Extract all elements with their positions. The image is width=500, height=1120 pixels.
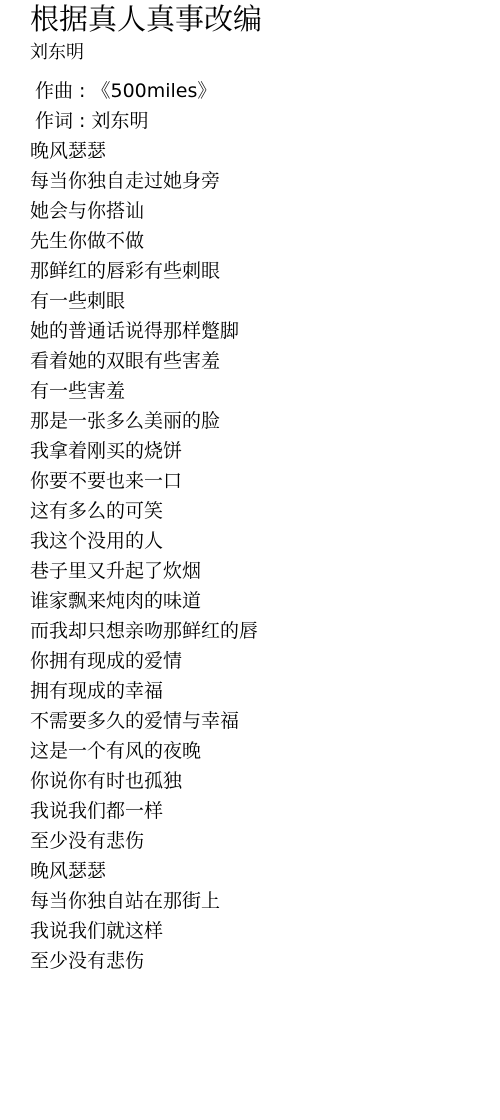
lyric-line: 晚风瑟瑟 [30,136,500,166]
lyric-line: 至少没有悲伤 [30,826,500,856]
lyric-line: 有一些刺眼 [30,286,500,316]
lyric-line: 我拿着刚买的烧饼 [30,436,500,466]
lyric-line: 那是一张多么美丽的脸 [30,406,500,436]
credit-composer: 作曲 : 《500miles》 [30,76,500,106]
lyric-line: 我这个没用的人 [30,526,500,556]
lyric-line: 每当你独自站在那街上 [30,886,500,916]
song-title: 根据真人真事改编 [30,0,500,38]
lyric-line: 不需要多久的爱情与幸福 [30,706,500,736]
lyric-line: 我说我们就这样 [30,916,500,946]
artist-name: 刘东明 [30,40,500,66]
lyric-line: 你拥有现成的爱情 [30,646,500,676]
lyric-line: 那鲜红的唇彩有些刺眼 [30,256,500,286]
lyric-line: 每当你独自走过她身旁 [30,166,500,196]
lyric-line: 先生你做不做 [30,226,500,256]
lyric-line: 有一些害羞 [30,376,500,406]
lyric-line: 看着她的双眼有些害羞 [30,346,500,376]
credit-lyricist: 作词 : 刘东明 [30,106,500,136]
lyric-line: 她的普通话说得那样蹩脚 [30,316,500,346]
lyric-line: 拥有现成的幸福 [30,676,500,706]
lyric-line: 这是一个有风的夜晚 [30,736,500,766]
lyric-line: 你说你有时也孤独 [30,766,500,796]
lyric-line: 巷子里又升起了炊烟 [30,556,500,586]
lyric-line: 这有多么的可笑 [30,496,500,526]
lyric-line: 你要不要也来一口 [30,466,500,496]
lyric-line: 而我却只想亲吻那鲜红的唇 [30,616,500,646]
lyric-line: 我说我们都一样 [30,796,500,826]
lyric-line: 晚风瑟瑟 [30,856,500,886]
lyric-line: 至少没有悲伤 [30,946,500,976]
lyrics-body: 作曲 : 《500miles》 作词 : 刘东明 晚风瑟瑟 每当你独自走过她身旁… [30,76,500,976]
lyric-line: 谁家飘来炖肉的味道 [30,586,500,616]
lyric-line: 她会与你搭讪 [30,196,500,226]
lyrics-page: 根据真人真事改编 刘东明 作曲 : 《500miles》 作词 : 刘东明 晚风… [0,0,500,976]
